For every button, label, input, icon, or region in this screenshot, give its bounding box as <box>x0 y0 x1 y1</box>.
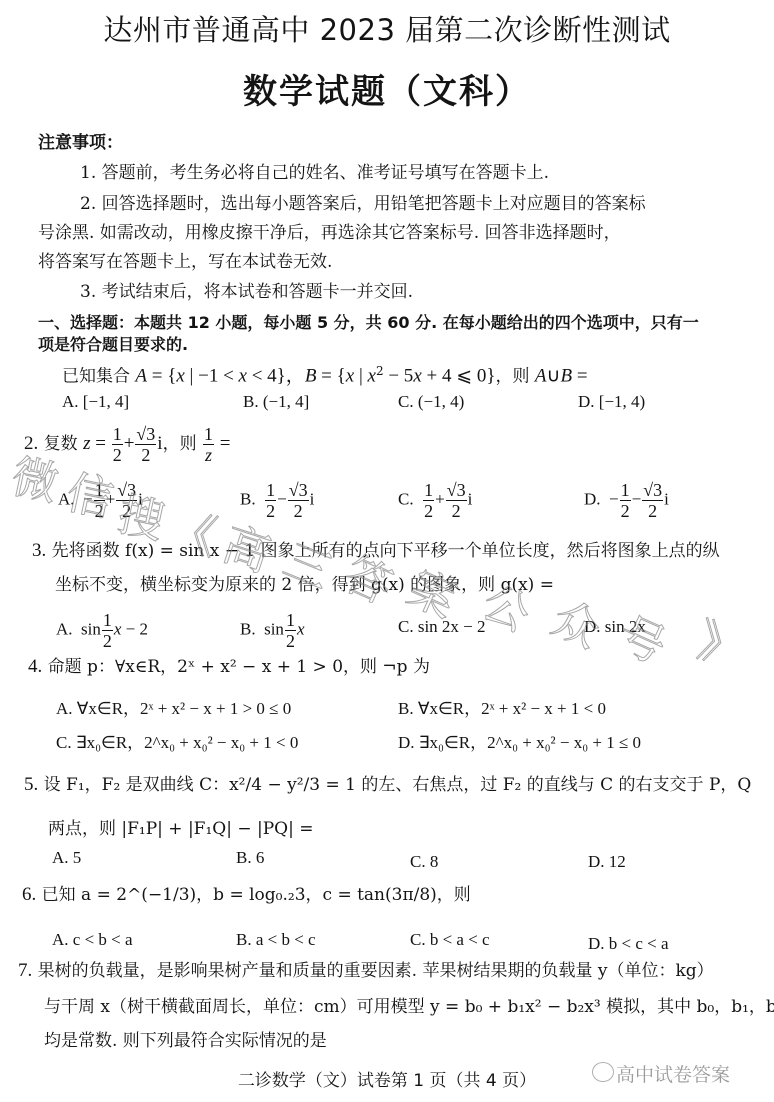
notice-heading: 注意事项： <box>38 132 123 154</box>
question-7-stem-line-3: 均是常数. 则下列最符合实际情况的是 <box>44 1030 327 1052</box>
section-line-1: 一、选择题：本题共 12 小题，每小题 5 分，共 60 分. 在每小题给出的四… <box>38 312 699 334</box>
wechat-icon <box>592 1062 614 1082</box>
notice-item-1: 1. 答题前，考生务必将自己的姓名、准考证号填写在答题卡上. <box>80 162 549 184</box>
question-1-option-c: C. (−1, 4) <box>398 392 464 412</box>
watermark-char: 微 <box>6 440 65 514</box>
question-5-option-a: A. 5 <box>52 848 81 868</box>
question-3-option-b: B. sin12x <box>240 610 304 651</box>
question-1-option-a: A. [−1, 4] <box>62 392 129 412</box>
question-5-option-c: C. 8 <box>410 852 438 872</box>
question-7-stem-line-1: 7. 果树的负载量，是影响果树产量和质量的重要因素. 苹果树结果期的负载量 y（… <box>18 960 714 982</box>
question-6-stem: 6. 已知 a = 2^(−1/3)，b = log₀.₂3，c = tan(3… <box>22 884 471 906</box>
question-4-stem: 4. 命题 p：∀x∈R，2ˣ + x² − x + 1 > 0，则 ¬p 为 <box>28 656 430 678</box>
exam-subtitle: 数学试题（文科） <box>0 64 774 113</box>
question-1-option-d: D. [−1, 4) <box>578 392 645 412</box>
question-4-option-b: B. ∀x∈R，2ˣ + x² − x + 1 < 0 <box>398 694 606 719</box>
question-1-option-b: B. (−1, 4] <box>243 392 309 412</box>
notice-item-2-cont2: 将答案写在答题卡上，写在本试卷无效. <box>38 251 332 273</box>
question-6-option-b: B. a < b < c <box>236 930 316 950</box>
notice-item-2-cont: 号涂黑. 如需改动，用橡皮擦干净后，再选涂其它答案标号. 回答非选择题时， <box>38 222 621 244</box>
question-4-option-a: A. ∀x∈R，2ˣ + x² − x + 1 > 0 ≤ 0 <box>56 694 291 719</box>
section-line-2: 项是符合题目要求的. <box>38 334 188 356</box>
brand-label: 高中试卷答案 <box>616 1060 730 1087</box>
question-7-stem-line-2: 与干周 x（树干横截面周长，单位：cm）可用模型 y = b₀ + b₁x² −… <box>44 996 774 1018</box>
question-6-option-d: D. b < c < a <box>588 934 669 954</box>
question-1-stem: 已知集合 A = {x | −1 < x < 4}，B = {x | x2 − … <box>62 360 588 388</box>
question-5-option-d: D. 12 <box>588 852 626 872</box>
question-4-option-d: D. ∃x₀∈R，2^x₀ + x₀² − x₀ + 1 ≤ 0 <box>398 728 641 753</box>
watermark-char: 号 <box>609 598 678 677</box>
question-6-option-a: A. c < b < a <box>52 930 133 950</box>
notice-item-2: 2. 回答选择题时，选出每小题答案后，用铅笔把答题卡上对应题目的答案标 <box>80 193 646 215</box>
question-4-option-c: C. ∃x₀∈R，2^x₀ + x₀² − x₀ + 1 < 0 <box>56 728 298 753</box>
question-5-option-b: B. 6 <box>236 848 264 868</box>
question-2-option-c: C. 12+√32i <box>398 480 472 521</box>
question-5-stem-line-1: 5. 设 F₁，F₂ 是双曲线 C：x²/4 − y²/3 = 1 的左、右焦点… <box>24 774 751 796</box>
exam-title: 达州市普通高中 2023 届第二次诊断性测试 <box>0 8 774 49</box>
question-2-option-d: D. −12−√32i <box>584 480 669 521</box>
exam-page: 达州市普通高中 2023 届第二次诊断性测试 数学试题（文科） 注意事项： 1.… <box>0 0 774 1102</box>
question-3-option-a: A. sin12x − 2 <box>56 610 148 651</box>
notice-item-3: 3. 考试结束后，将本试卷和答题卡一并交回. <box>80 281 413 303</box>
question-6-option-c: C. b < a < c <box>410 930 490 950</box>
watermark-char: 》 <box>692 604 753 679</box>
question-5-stem-line-2: 两点，则 |F₁P| + |F₁Q| − |PQ| = <box>48 818 314 840</box>
